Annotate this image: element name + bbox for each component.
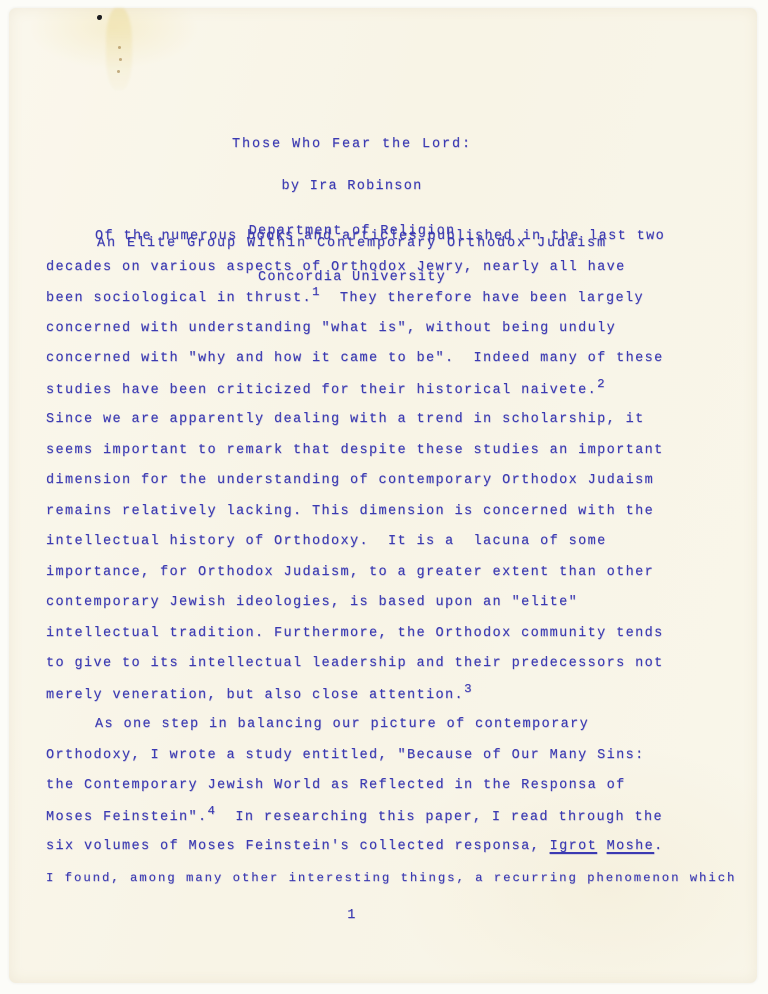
text-segment: merely veneration, but also close attent… [46, 688, 464, 703]
text-segment: decades on various aspects of Orthodox J… [46, 260, 626, 275]
text-line: merely veneration, but also close attent… [46, 680, 658, 711]
text-segment: Orthodoxy, I wrote a study entitled, "Be… [46, 748, 645, 763]
stain-speck [118, 46, 121, 49]
text-line: Since we are apparently dealing with a t… [46, 405, 658, 436]
text-line: Moses Feinstein".4 In researching this p… [46, 802, 658, 833]
text-segment: I found, among many other interesting th… [46, 871, 736, 885]
text-segment: concerned with understanding "what is", … [46, 321, 616, 336]
footnote-marker: 1 [312, 285, 321, 299]
text-line: concerned with understanding "what is", … [46, 314, 658, 345]
underlined-text: Igrot [550, 839, 598, 854]
text-line: intellectual tradition. Furthermore, the… [46, 619, 658, 650]
text-segment [597, 839, 607, 854]
text-line: Of the numerous books and articles publi… [46, 222, 658, 253]
text-segment: contemporary Jewish ideologies, is based… [46, 595, 578, 610]
text-segment: to give to its intellectual leadership a… [46, 656, 664, 671]
text-segment: concerned with "why and how it came to b… [46, 351, 664, 366]
text-line: to give to its intellectual leadership a… [46, 649, 658, 680]
text-segment: In researching this paper, I read throug… [216, 810, 663, 825]
scanned-page: Those Who Fear the Lord: An Elite Group … [9, 8, 757, 983]
footnote-marker: 3 [464, 682, 473, 696]
footnote-marker: 2 [597, 377, 606, 391]
text-segment: been sociological in thrust. [46, 291, 312, 306]
text-segment: the Contemporary Jewish World as Reflect… [46, 778, 626, 793]
text-line: intellectual history of Orthodoxy. It is… [46, 527, 658, 558]
body-paragraphs: Of the numerous books and articles publi… [46, 222, 658, 893]
text-segment: Of the numerous books and articles publi… [95, 229, 665, 244]
text-line: studies have been criticized for their h… [46, 375, 658, 406]
text-segment: studies have been criticized for their h… [46, 383, 597, 398]
stain-speck [119, 58, 122, 61]
text-segment: remains relatively lacking. This dimensi… [46, 504, 654, 519]
underlined-text: Moshe [607, 839, 655, 854]
ink-speck [97, 15, 102, 20]
text-line: remains relatively lacking. This dimensi… [46, 497, 658, 528]
text-line: the Contemporary Jewish World as Reflect… [46, 771, 658, 802]
text-line: decades on various aspects of Orthodox J… [46, 253, 658, 284]
text-segment: Moses Feinstein". [46, 810, 208, 825]
footnote-marker: 4 [208, 804, 217, 818]
text-segment: importance, for Orthodox Judaism, to a g… [46, 565, 654, 580]
text-line: importance, for Orthodox Judaism, to a g… [46, 558, 658, 589]
author-name: by Ira Robinson [46, 179, 658, 194]
text-line: six volumes of Moses Feinstein's collect… [46, 832, 658, 863]
text-line: dimension for the understanding of conte… [46, 466, 658, 497]
text-line: been sociological in thrust.1 They there… [46, 283, 658, 314]
text-line: As one step in balancing our picture of … [46, 710, 658, 741]
text-segment: intellectual history of Orthodoxy. It is… [46, 534, 607, 549]
text-segment: seems important to remark that despite t… [46, 443, 664, 458]
text-segment: six volumes of Moses Feinstein's collect… [46, 839, 550, 854]
text-line: I found, among many other interesting th… [46, 863, 658, 894]
text-line: contemporary Jewish ideologies, is based… [46, 588, 658, 619]
text-segment: They therefore have been largely [321, 291, 644, 306]
text-line: concerned with "why and how it came to b… [46, 344, 658, 375]
text-line: seems important to remark that despite t… [46, 436, 658, 467]
text-line: Orthodoxy, I wrote a study entitled, "Be… [46, 741, 658, 772]
text-segment: As one step in balancing our picture of … [95, 717, 589, 732]
text-segment: Since we are apparently dealing with a t… [46, 412, 645, 427]
scan-viewport: Those Who Fear the Lord: An Elite Group … [0, 0, 768, 994]
page-number: 1 [46, 908, 658, 923]
text-segment: . [654, 839, 664, 854]
text-segment: dimension for the understanding of conte… [46, 473, 654, 488]
text-segment: intellectual tradition. Furthermore, the… [46, 626, 664, 641]
